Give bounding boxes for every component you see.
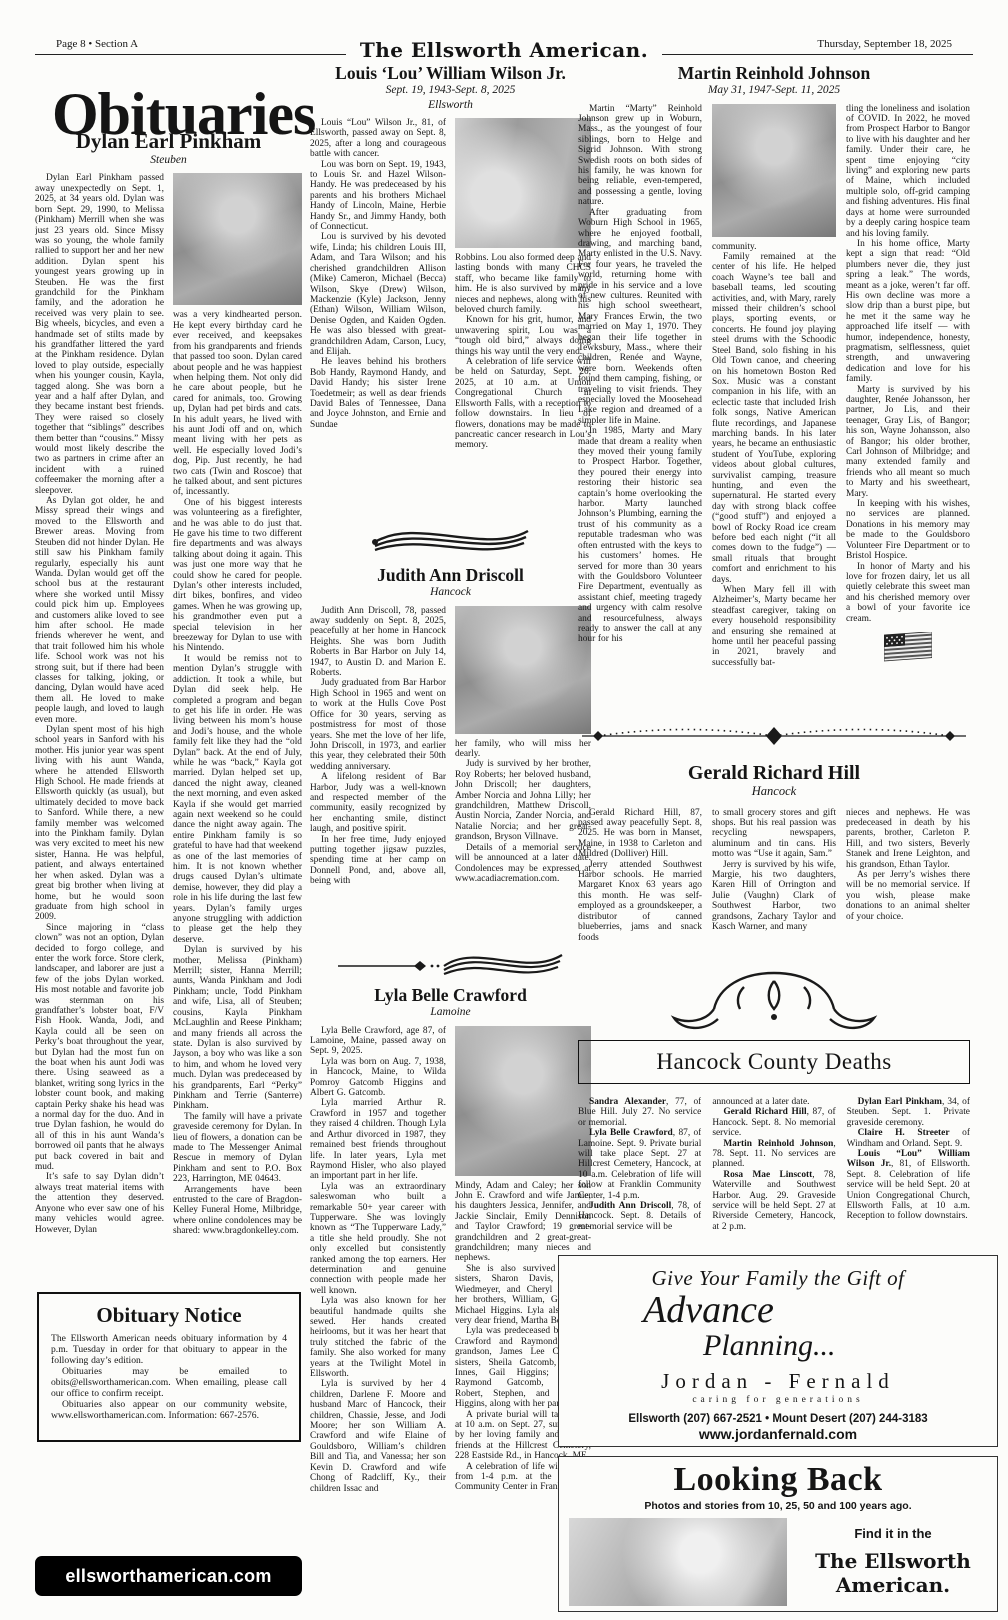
obituary-martin-johnson: Martin Reinhold Johnson May 31, 1947-Sep… (578, 64, 970, 704)
looking-back-subtitle: Photos and stories from 10, 25, 50 and 1… (569, 1500, 987, 1512)
obituary-judith-driscoll: Judith Ann Driscoll Hancock Judith Ann D… (310, 566, 591, 951)
deaths-title: Hancock County Deaths (578, 1040, 970, 1084)
obituary-notice-box: Obituary Notice The Ellsworth American n… (37, 1292, 301, 1442)
deaths-column: Dylan Earl Pinkham, 34, of Steuben. Sept… (847, 1097, 970, 1247)
obit-title: Louis ‘Lou’ William Wilson Jr. (310, 64, 591, 83)
obit-column: to small grocery stores and gift shops. … (712, 808, 836, 958)
photo-lyla-crawford (455, 1026, 591, 1176)
obit-column-text: Robbins. Lou also formed deep and lastin… (455, 253, 591, 451)
obit-column: was a very kindhearted person. He kept e… (173, 173, 302, 1278)
ad-website: www.jordanfernald.com (575, 1426, 981, 1442)
obit-column: nieces and nephews. He was predeceased i… (846, 808, 970, 958)
ornament-divider-icon (578, 722, 970, 748)
notice-title: Obituary Notice (51, 1303, 287, 1328)
obit-title: Lyla Belle Crawford (310, 986, 591, 1005)
obit-title: Judith Ann Driscoll (310, 566, 591, 585)
ad-brand: Jordan - Fernald (575, 1369, 981, 1394)
site-footer-bar: ellsworthamerican.com (35, 1556, 302, 1596)
photo-dylan-pinkham (173, 173, 302, 305)
us-flag-icon (846, 632, 970, 667)
masthead-title: The Ellsworth American. (346, 38, 662, 62)
obit-column: Martin “Marty” Reinhold Johnson grew up … (578, 104, 702, 704)
masthead-date: Thursday, September 18, 2025 (817, 38, 952, 50)
obit-title: Gerald Richard Hill (578, 762, 970, 784)
ad-headline-advance: Advance (643, 1291, 981, 1331)
ad-looking-back: Looking Back Photos and stories from 10,… (558, 1456, 998, 1612)
obit-dates: May 31, 1947-Sept. 11, 2025 (578, 83, 970, 97)
obit-column: Judith Ann Driscoll, 78, passed away sud… (310, 606, 446, 951)
obit-column-text: tling the loneliness and isolation of CO… (846, 104, 970, 624)
obit-column: her family, who will miss her dearly.Jud… (455, 606, 591, 951)
flourish-divider-icon (310, 944, 591, 984)
newspaper-page: Page 8 • Section A The Ellsworth America… (0, 0, 1008, 1620)
hancock-deaths-box: Hancock County Deaths Sandra Alexander, … (578, 1040, 970, 1247)
obit-column-text: community.Family remained at the center … (712, 242, 836, 669)
obituary-louis-wilson: Louis ‘Lou’ William Wilson Jr. Sept. 19,… (310, 64, 591, 556)
obit-column: Gerald Richard Hill, 87, passed away pea… (578, 808, 702, 958)
obit-column: Robbins. Lou also formed deep and lastin… (455, 118, 591, 556)
obit-column: Dylan Earl Pinkham passed away unexpecte… (35, 173, 164, 1278)
obit-title: Martin Reinhold Johnson (578, 64, 970, 83)
looking-back-paper-name: The Ellsworth American. (799, 1549, 987, 1597)
looking-back-find-text: Find it in the (799, 1526, 987, 1541)
ad-tagline: caring for generations (575, 1395, 981, 1405)
site-footer-label: ellsworthamerican.com (65, 1566, 271, 1587)
page-section-label: Page 8 • Section A (56, 38, 138, 50)
obit-column: Lyla Belle Crawford, age 87, of Lamoine,… (310, 1026, 446, 1592)
arch-ornament-icon (578, 962, 970, 1034)
obituary-gerald-hill: Gerald Richard Hill Hancock Gerald Richa… (578, 762, 970, 958)
obit-column: tling the loneliness and isolation of CO… (846, 104, 970, 704)
deaths-column: announced at a later date.Gerald Richard… (712, 1097, 835, 1247)
obit-title: Dylan Earl Pinkham (35, 130, 302, 153)
obit-place: Ellsworth (310, 98, 591, 112)
obit-place: Hancock (578, 784, 970, 800)
ad-phone-numbers: Ellsworth (207) 667-2521 • Mount Desert … (575, 1413, 981, 1425)
obit-place: Steuben (35, 153, 302, 167)
deaths-column: Sandra Alexander, 77, of Blue Hill. July… (578, 1097, 701, 1247)
ad-jordan-fernald: Give Your Family the Gift of Advance Pla… (558, 1255, 998, 1447)
obit-column: community.Family remained at the center … (712, 104, 836, 704)
obituary-dylan-pinkham: Dylan Earl Pinkham Steuben Dylan Earl Pi… (35, 130, 302, 1278)
obit-place: Hancock (310, 585, 591, 599)
ad-headline: Give Your Family the Gift of (575, 1266, 981, 1291)
obit-column-text: her family, who will miss her dearly.Jud… (455, 739, 591, 885)
photo-martin-johnson (712, 104, 836, 237)
looking-back-photo (569, 1518, 787, 1606)
obit-place: Lamoine (310, 1005, 591, 1019)
obit-dates: Sept. 19, 1943-Sept. 8, 2025 (310, 83, 591, 97)
photo-louis-wilson (455, 118, 591, 248)
flourish-divider-icon (310, 518, 591, 562)
obituary-lyla-crawford: Lyla Belle Crawford Lamoine Lyla Belle C… (310, 986, 591, 1592)
ad-headline-planning: Planning... (703, 1331, 981, 1361)
looking-back-title: Looking Back (569, 1461, 987, 1499)
obit-column: Louis “Lou” Wilson Jr., 81, of Ellsworth… (310, 118, 446, 556)
obit-column-text: was a very kindhearted person. He kept e… (173, 310, 302, 1236)
photo-judith-driscoll (455, 606, 591, 734)
notice-body: The Ellsworth American needs obituary in… (51, 1333, 287, 1421)
